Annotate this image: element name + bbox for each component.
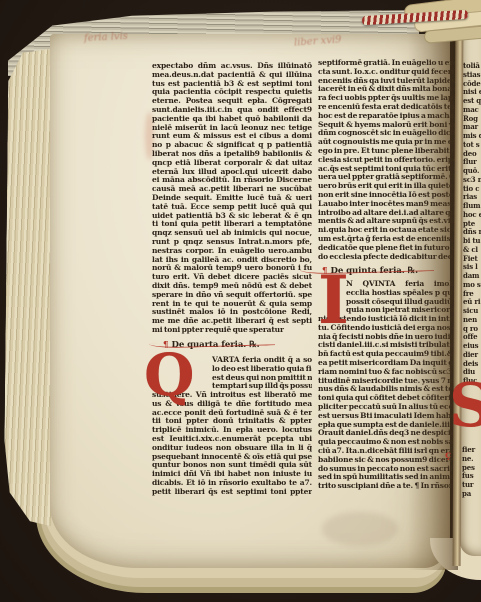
- text-line: tatē tuā. Ecce semp petit lucē quā qui: [152, 203, 312, 212]
- text-line: pacientie qa ibi habet quō babilonii da: [152, 115, 312, 124]
- text-line: petit liberari q̄s est septimi toni ppte…: [152, 488, 312, 497]
- text-line: Deinde sequit. Emitte lucē tuā & ueri: [152, 194, 312, 203]
- text-line: VARTA feria ondit q̄ a so: [212, 356, 312, 365]
- red-pen-mark: ç: [445, 450, 451, 461]
- initial-i: I: [318, 274, 349, 327]
- text-line: babilone sic & nos possum9 dicere quā: [318, 456, 458, 465]
- text-line: trito suscipiani dñe a te. ¶ In rñsorio: [318, 482, 458, 491]
- text-line: aūt cognouistis me quia pr in me est &: [318, 138, 458, 147]
- text-line: nielē miserūt in lacū leonuz nec tetige: [152, 124, 312, 133]
- text-line: sunt.danielis.iii.c.in qua ondit effect9: [152, 106, 312, 115]
- text-line: toni quia qui cōfitet debet cōfiteri tri: [318, 394, 458, 403]
- text-line: possit cōsequi illud gaudiū sed: [346, 298, 460, 307]
- text-line: temptari sup illd q̄s possum9: [212, 382, 312, 391]
- text-line: dixit dñs. temp9 meū nōdū est & debet: [152, 282, 312, 291]
- text-line: me me dñe ac.petit liberari q̄ est septi: [152, 317, 312, 326]
- text-line: hoc est de reparatōe ipius a machabeis: [318, 112, 458, 121]
- handwriting-top-left: feria lvis: [84, 31, 128, 44]
- text-line: introibo ad altare dei.i.ad altare quiet…: [318, 209, 458, 218]
- text-line: Lauabo inter inocētes man9 meas ac.a: [318, 200, 458, 209]
- text-line: liberat nos dñs a ipetalib9 babiloniis &: [152, 150, 312, 159]
- text-line: est deus qui non pmittit nos: [212, 374, 312, 383]
- text-line: cisti daniel.iii.c.si misisti tribulatōn…: [318, 341, 458, 350]
- text-line: ti toni quia petit liberari a temptatōne: [152, 220, 312, 229]
- text-line: quntur bonos non sunt timēdi quia sūt: [152, 461, 312, 470]
- text-line: onditur iudeos non obsuare illa in li q̄: [152, 444, 312, 453]
- text-line: ciū a7. Ita.n.dicebāt filii isrl qn erāt…: [318, 447, 458, 456]
- right-column-block2: nisi ostendo iusticiā Iō dicit in introi…: [318, 315, 458, 491]
- text-line: pa: [462, 490, 480, 499]
- text-line: ac.q̄s est septimi toni quia tūc erit q̄…: [318, 165, 458, 174]
- text-line: est Ieuitici.xix.c.enumerāt pcepta ubi: [152, 435, 312, 444]
- facing-page-fragment-top: toliāstiascōdenisi eest qmacRogmarmis dt…: [463, 62, 481, 386]
- text-line: ea petit misericordiam Da inquit glo,: [318, 359, 458, 368]
- text-line: inimici dñi Vñ ibi habet non iniuste iu: [152, 470, 312, 479]
- text-line: uidet patientiā b3 & sic leberat & ē qn: [152, 212, 312, 221]
- text-line: mentis & ad altare supnū q̄s est.viii.to: [318, 217, 458, 226]
- text-line: triplicē inimicū. In epła uero. locutus: [152, 426, 312, 435]
- text-line: runt eum & missus est ei cibus a domi: [152, 132, 312, 141]
- text-line: dñm cognoscēt sic in euāgelio dicit fuos: [318, 129, 458, 138]
- text-line: ac.ecce ponit deū fortudinē suā & ē ter: [152, 409, 312, 418]
- text-line: lo deo est liberatio quia fidel': [212, 365, 312, 374]
- text-line: turo erit. Vñ debet dicere paciēs sicut: [152, 273, 312, 282]
- text-line: sperare in dño vñ sequit offertoriū. spe: [152, 291, 312, 300]
- text-line: dedicatōe que plene fiet in futuro quā: [318, 244, 458, 253]
- text-line: uera uel ppter gratiā septiformē. Quia: [318, 173, 458, 182]
- text-line: tii toni ppter donū trinitatis & ppter: [152, 417, 312, 426]
- text-line: enceniis dñs qa iuvi tulerūt lapides ut: [318, 77, 458, 86]
- text-line: ego in pre. Et tunc plene liberabit ec,: [318, 147, 458, 156]
- text-line: ni.quia hoc erit in octaua etate sic dic…: [318, 226, 458, 235]
- book-photo: feria lvis liber xvi9 expectabo dñm ac.v…: [0, 0, 481, 602]
- text-line: ra feci uobis ppter q̄s uultis me lapida: [318, 94, 458, 103]
- initial-q: Q: [144, 352, 195, 398]
- text-line: cta sunt. Io.x.c. onditur quid fecerit i…: [318, 68, 458, 77]
- text-line: re enceniū festa erat dedicatōis templi: [318, 103, 458, 112]
- text-line: qnqz sensuū uel ab inimicis qui nocue,: [152, 229, 312, 238]
- text-line: Orauit daniel.dñs deq3 ne despicias a7.: [318, 429, 458, 438]
- text-line: um est.q̄rta ḡ feria est de enceniis.i.d…: [318, 235, 458, 244]
- text-line: norū & malorū temp9 uero bonorū i fu: [152, 264, 312, 273]
- text-line: pliciter peccatū suū In alius tū ecclesi…: [318, 403, 458, 412]
- right-column-block1: septiformē gratiā. In euāgelio u ero fa,…: [318, 59, 458, 261]
- text-line: do ecclesia pfecte dedicabitur deo.: [318, 253, 458, 262]
- text-line: eterne. Postea sequit epła. Cōgregati: [152, 97, 312, 106]
- right-column-block2-indent: N QVINTA feria imolatecclia hostias spēa…: [346, 280, 460, 315]
- facing-page-fragment-bottom: fierne.pesfusturpa: [462, 446, 480, 499]
- text-line: quia non ipetrat misericordia: [346, 306, 460, 315]
- initial-s: S: [449, 382, 481, 430]
- text-line: est uersus Bti imaculati Idem habet in: [318, 412, 458, 421]
- text-line: clesia sicut petit in offertorio. eripe …: [318, 156, 458, 165]
- text-line: titudinē misericordie tue. ysus 7 mag,: [318, 377, 458, 386]
- text-line: uero brūs erit qui erit in illa quiete q…: [318, 182, 458, 191]
- text-line: bn̄ factū est quia peccauim9 tibi.& post: [318, 350, 458, 359]
- paper-stain: [322, 512, 398, 546]
- text-line: qncp etiā liberat corporalr & dat uitaz: [152, 159, 312, 168]
- text-line: sustinēt malos iō in postcōione Redi,: [152, 308, 312, 317]
- text-line: tus est pacientiā b3 & est septimi toni: [152, 80, 312, 89]
- text-line: riam nomini tuo & fac nobiscū sc3 ml: [318, 368, 458, 377]
- text-line: sed in spū humilitatis sed in animo con: [318, 473, 458, 482]
- text-line: no p abacuc & significat q p patientiā: [152, 141, 312, 150]
- text-line: eternā lux illud apocl.qui uicerit dabo: [152, 168, 312, 177]
- text-line: N QVINTA feria imolat: [346, 280, 460, 289]
- text-line: quia peccauimo & non est nobis sacrifi: [318, 438, 458, 447]
- text-line: rent in te qui te nouerūt & quia semp: [152, 300, 312, 309]
- text-line: expectabo dñm ac.vsus. Dñs illūinatō: [152, 62, 312, 71]
- text-line: psequebant innocentē & oīs etiā qui pse: [152, 453, 312, 462]
- text-line: causā meā ac.petit liberari ne sucūbat: [152, 185, 312, 194]
- text-line: septiformē gratiā. In euāgelio u ero fa,: [318, 59, 458, 68]
- text-line: iacerēt in eū & dixit dñs mlta bona ope: [318, 85, 458, 94]
- text-line: runt p qnqz sensus Intrat.n.mors pfe,: [152, 238, 312, 247]
- fore-edge-pages: [3, 48, 56, 526]
- text-line: Sequit & hyems malorū erit boni vo: [318, 121, 458, 130]
- text-line: lat ihs in galileā ac. ondit discretio b…: [152, 256, 312, 265]
- text-line: mea.deus.n.dat pacientiā & qui illūina: [152, 71, 312, 80]
- left-column-block1: expectabo dñm ac.vsus. Dñs illūinatōmea.…: [152, 62, 312, 335]
- text-line: quia pacientia cōcipit respectu quietis: [152, 88, 312, 97]
- text-line: dicabis. Et iō in rñsorio exultabo te a7…: [152, 479, 312, 488]
- text-line: epła que sumpta est de daniele.iii.ca.: [318, 421, 458, 430]
- text-line: ecclia hostias spēales p quia: [346, 289, 460, 298]
- text-line: nestras corpor. In euāgelio uero.ambu: [152, 247, 312, 256]
- text-line: ei māna abscōditū. In rñsorio Discerne: [152, 176, 312, 185]
- text-line: nus dñs & laudabilis nimis & est tertii: [318, 385, 458, 394]
- text-line: do sumus in peccato non est sacrificiu3: [318, 465, 458, 474]
- left-column-block2-indent: VARTA feria ondit q̄ a solo deo est libe…: [212, 356, 312, 391]
- text-line: mi toni ppter requiē que speratur: [152, 326, 312, 335]
- text-line: non erit sine innocētia Iō est postcōio.: [318, 191, 458, 200]
